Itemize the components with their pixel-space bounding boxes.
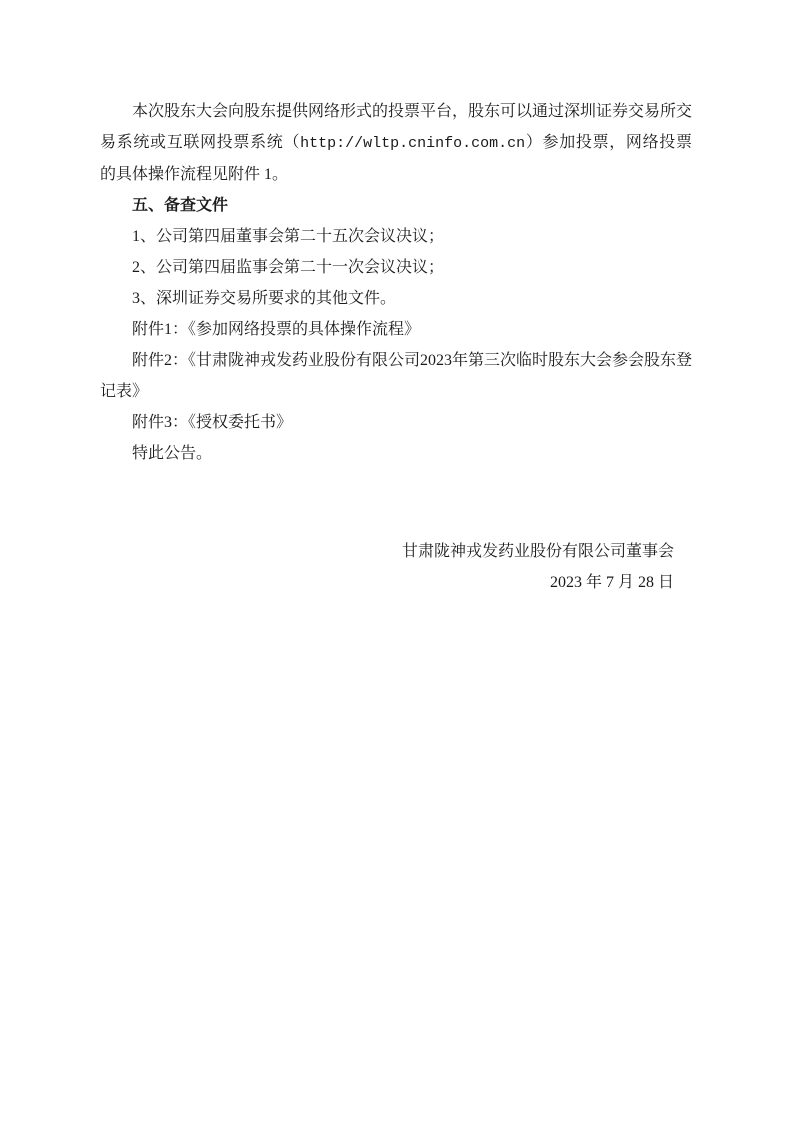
attachment-1: 附件1：《参加网络投票的具体操作流程》 xyxy=(100,314,692,345)
signature-date: 2023 年 7 月 28 日 xyxy=(100,567,674,598)
voting-url-text: http://wltp.cninfo.com.cn xyxy=(300,135,525,152)
paragraph-network-voting: 本次股东大会向股东提供网络形式的投票平台，股东可以通过深圳证券交易所交易系统或互… xyxy=(100,96,692,190)
attachment-2: 附件2：《甘肃陇神戎发药业股份有限公司2023年第三次临时股东大会参会股东登记表… xyxy=(100,345,692,407)
signature-company-name: 甘肃陇神戎发药业股份有限公司董事会 xyxy=(100,536,674,567)
document-page: 本次股东大会向股东提供网络形式的投票平台，股东可以通过深圳证券交易所交易系统或互… xyxy=(0,0,793,1122)
inspection-item-1: 1、公司第四届董事会第二十五次会议决议； xyxy=(100,221,692,252)
attachment-3: 附件3：《授权委托书》 xyxy=(100,407,692,438)
document-content: 本次股东大会向股东提供网络形式的投票平台，股东可以通过深圳证券交易所交易系统或互… xyxy=(0,0,793,598)
closing-statement: 特此公告。 xyxy=(100,438,692,469)
inspection-item-3: 3、深圳证券交易所要求的其他文件。 xyxy=(100,283,692,314)
inspection-item-2: 2、公司第四届监事会第二十一次会议决议； xyxy=(100,252,692,283)
section-heading-reference-documents: 五、备查文件 xyxy=(100,190,692,221)
signature-block: 甘肃陇神戎发药业股份有限公司董事会 2023 年 7 月 28 日 xyxy=(100,536,692,598)
